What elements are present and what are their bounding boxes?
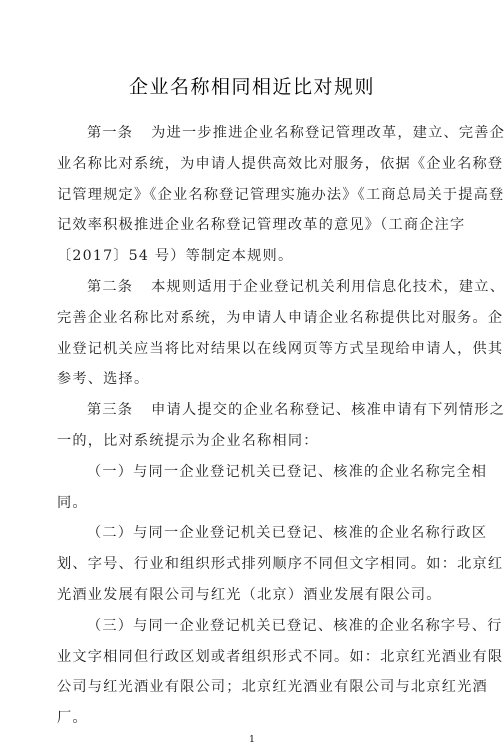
page-number: 1 (0, 735, 504, 745)
article-2-line-4: 参考、选择。 (57, 364, 457, 395)
article-label: 第三条 (87, 402, 133, 418)
item-1-line-1: （一）与同一企业登记机关已登记、核准的企业名称完全相 (57, 457, 457, 488)
item-3-line-3: 公司与红光酒业有限公司；北京红光酒业有限公司与北京红光酒 (57, 672, 457, 703)
item-2-line-3: 光酒业发展有限公司与红光（北京）酒业发展有限公司。 (57, 580, 457, 611)
article-2-line-2: 完善企业名称比对系统，为申请人申请企业名称提供比对服务。企 (57, 303, 457, 334)
article-1-line-5: 〔2017〕54 号）等制定本规则。 (57, 241, 457, 272)
article-1-line-2: 业名称比对系统，为申请人提供高效比对服务，依据《企业名称登 (57, 149, 457, 180)
article-1-line-4: 记效率积极推进企业名称登记管理改革的意见》（工商企注字 (57, 210, 457, 241)
document-title: 企业名称相同相近比对规则 (0, 72, 504, 99)
article-3-line-1: 第三条申请人提交的企业名称登记、核准申请有下列情形之 (57, 395, 457, 426)
article-1-line-1: 第一条为进一步推进企业名称登记管理改革，建立、完善企 (57, 118, 457, 149)
item-3-line-2: 业文字相同但行政区划或者组织形式不同。如：北京红光酒业有限 (57, 642, 457, 673)
item-2-line-1: （二）与同一企业登记机关已登记、核准的企业名称行政区 (57, 518, 457, 549)
article-3-line-2: 一的，比对系统提示为企业名称相同： (57, 426, 457, 457)
item-3-line-4: 厂。 (57, 703, 457, 734)
article-2-line-3: 业登记机关应当将比对结果以在线网页等方式呈现给申请人，供其 (57, 334, 457, 365)
article-label: 第二条 (87, 279, 133, 295)
item-2-line-2: 划、字号、行业和组织形式排列顺序不同但文字相同。如：北京红 (57, 549, 457, 580)
document-page: 企业名称相同相近比对规则 第一条为进一步推进企业名称登记管理改革，建立、完善企 … (0, 0, 504, 745)
article-label: 第一条 (87, 125, 133, 141)
item-1-line-2: 同。 (57, 488, 457, 519)
document-body: 第一条为进一步推进企业名称登记管理改革，建立、完善企 业名称比对系统，为申请人提… (57, 118, 457, 734)
article-1-line-3: 记管理规定》《企业名称登记管理实施办法》《工商总局关于提高登 (57, 180, 457, 211)
item-3-line-1: （三）与同一企业登记机关已登记、核准的企业名称字号、行 (57, 611, 457, 642)
article-2-line-1: 第二条本规则适用于企业登记机关利用信息化技术，建立、 (57, 272, 457, 303)
